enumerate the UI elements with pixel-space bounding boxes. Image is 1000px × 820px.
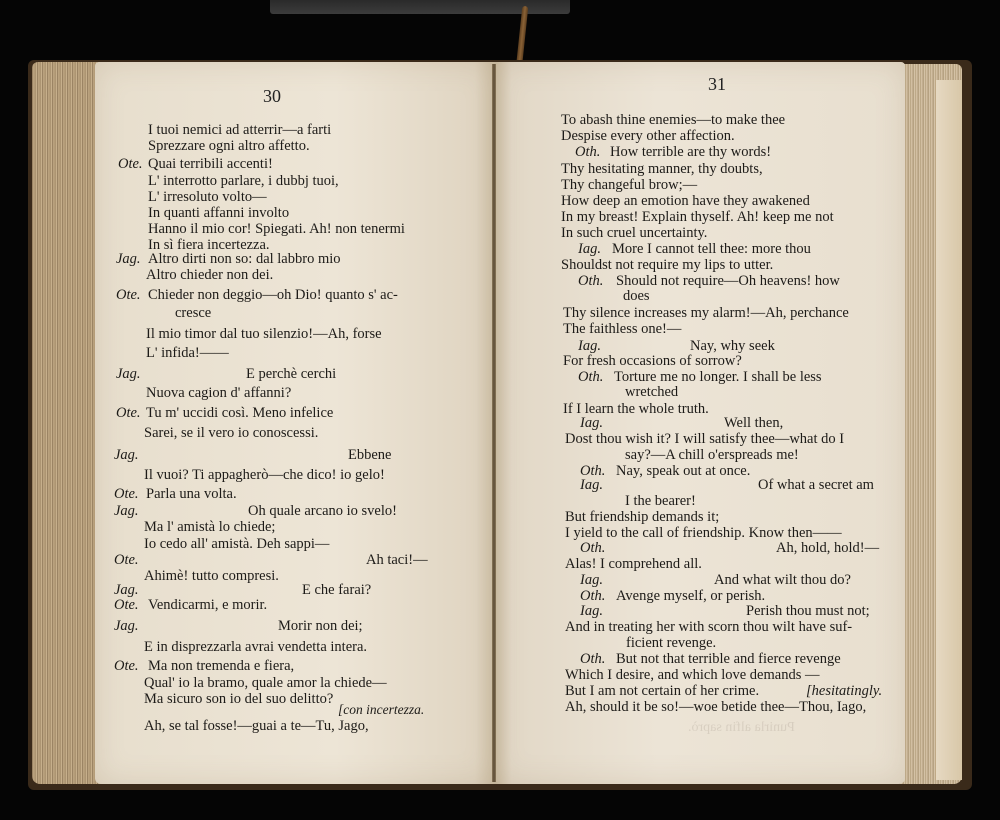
text-line: Jag.Altro dirti non so: dal labbro mio xyxy=(116,252,341,267)
text-line: Oth.Should not require—Oh heavens! how xyxy=(578,274,840,289)
text-line: ficient revenge. xyxy=(626,636,716,651)
text-line: Ahimè! tutto compresi. xyxy=(144,569,279,584)
text-line: To abash thine enemies—to make thee xyxy=(561,113,785,128)
text-line: Dost thou wish it? I will satisfy thee—w… xyxy=(565,432,844,447)
text-line: Ote.Ah taci!— xyxy=(114,553,428,568)
speaker-label: Oth. xyxy=(578,274,616,289)
text-line: I yield to the call of friendship. Know … xyxy=(565,526,842,541)
text-line: Il vuoi? Ti appagherò—che dico! io gelo! xyxy=(144,468,385,483)
text-line: Altro chieder non dei. xyxy=(146,268,273,283)
speaker-label: Oth. xyxy=(575,145,610,160)
text-line: For fresh occasions of sorrow? xyxy=(563,354,742,369)
text-line: Sprezzare ogni altro affetto. xyxy=(148,139,310,154)
text-line: Iag.Of what a secret am xyxy=(580,478,874,493)
page-edges-left xyxy=(32,62,102,784)
text-line: Thy silence increases my alarm!—Ah, perc… xyxy=(563,306,849,321)
speaker-label: Iag. xyxy=(578,339,690,354)
text-line: Io cedo all' amistà. Deh sappi— xyxy=(144,537,329,552)
speaker-label: Ote. xyxy=(114,598,148,613)
speaker-label: Iag. xyxy=(580,478,758,493)
text-line: Iag.Nay, why seek xyxy=(578,339,775,354)
text-line: Ote.Vendicarmi, e morir. xyxy=(114,598,267,613)
stage-direction: [hesitatingly. xyxy=(806,684,882,699)
text-line: say?—A chill o'erspreads me! xyxy=(625,448,799,463)
text-line: Iag.Perish thou must not; xyxy=(580,604,870,619)
speaker-label: Jag. xyxy=(114,583,302,598)
text-line: Alas! I comprehend all. xyxy=(565,557,702,572)
text-line: cresce xyxy=(175,306,211,321)
text-line: Ote.Tu m' uccidi così. Meno infelice xyxy=(116,406,333,421)
text-line: L' irresoluto volto— xyxy=(148,190,267,205)
stage-direction: [con incertezza. xyxy=(338,703,424,717)
speaker-label: Oth. xyxy=(580,541,776,556)
text-line: Oth.Nay, speak out at once. xyxy=(580,464,750,479)
text-line: The faithless one!— xyxy=(563,322,681,337)
speaker-label: Jag. xyxy=(116,252,148,267)
text-line: In quanti affanni involto xyxy=(148,206,289,221)
speaker-label: Iag. xyxy=(580,604,746,619)
text-line: Jag.E perchè cerchi xyxy=(116,367,336,382)
book-gutter xyxy=(492,64,496,782)
text-line: Jag.Ebbene xyxy=(114,448,391,463)
text-line: Sarei, se il vero io conoscessi. xyxy=(144,426,318,441)
text-line: Oth.How terrible are thy words! xyxy=(575,145,771,160)
text-line: L' infida!—— xyxy=(146,346,229,361)
text-line: Which I desire, and which love demands — xyxy=(565,668,819,683)
text-line: Iag.More I cannot tell thee: more thou xyxy=(578,242,811,257)
speaker-label: Ote. xyxy=(118,157,148,172)
text-line: Ah, should it be so!—woe betide thee—Tho… xyxy=(565,700,866,715)
text-line: E in disprezzarla avrai vendetta intera. xyxy=(144,640,367,655)
text-line: How deep an emotion have they awakened xyxy=(561,194,810,209)
speaker-label: Iag. xyxy=(578,242,612,257)
text-line: Nuova cagion d' affanni? xyxy=(146,386,291,401)
text-line: Jag.Oh quale arcano io svelo! xyxy=(114,504,397,519)
speaker-label: Iag. xyxy=(580,416,724,431)
text-line: But friendship demands it; xyxy=(565,510,719,525)
text-line: Thy changeful brow;— xyxy=(561,178,697,193)
text-line: Ote.Chieder non deggio—oh Dio! quanto s'… xyxy=(116,288,398,303)
text-line: Ah, se tal fosse!—guai a te—Tu, Jago, xyxy=(144,719,369,734)
text-line: And in treating her with scorn thou wilt… xyxy=(565,620,852,635)
speaker-label: Jag. xyxy=(114,448,348,463)
text-line: In my breast! Explain thyself. Ah! keep … xyxy=(561,210,834,225)
text-line: L' interrotto parlare, i dubbj tuoi, xyxy=(148,174,339,189)
text-line: does xyxy=(623,289,650,304)
text-line: Iag.Well then, xyxy=(580,416,783,431)
text-line: I tuoi nemici ad atterrir—a farti xyxy=(148,123,331,138)
text-line: wretched xyxy=(625,385,678,400)
text-line: Shouldst not require my lips to utter. xyxy=(561,258,773,273)
text-line: Ote.Quai terribili accenti! xyxy=(118,157,273,172)
speaker-label: Ote. xyxy=(114,553,366,568)
speaker-label: Jag. xyxy=(114,619,278,634)
text-line: Jag.Morir non dei; xyxy=(114,619,363,634)
speaker-label: Oth. xyxy=(578,370,614,385)
speaker-label: Ote. xyxy=(114,487,146,502)
speaker-label: Oth. xyxy=(580,589,616,604)
speaker-label: Iag. xyxy=(580,573,714,588)
speaker-label: Ote. xyxy=(114,659,148,674)
text-line: Ma sicuro son io del suo delitto? xyxy=(144,692,333,707)
text-line: Oth.But not that terrible and fierce rev… xyxy=(580,652,841,667)
text-line: In such cruel uncertainty. xyxy=(561,226,707,241)
text-line: Hanno il mio cor! Spiegati. Ah! non tene… xyxy=(148,222,405,237)
text-line: But I am not certain of her crime. xyxy=(565,684,759,699)
text-line: Il mio timor dal tuo silenzio!—Ah, forse xyxy=(146,327,382,342)
bleed-through-text: Punirla alfin saprò. xyxy=(688,720,795,736)
page-number-left: 30 xyxy=(263,86,281,107)
speaker-label: Jag. xyxy=(116,367,246,382)
text-line: Oth.Torture me no longer. I shall be les… xyxy=(578,370,822,385)
text-line: Ote.Ma non tremenda e fiera, xyxy=(114,659,294,674)
text-line: Thy hesitating manner, thy doubts, xyxy=(561,162,763,177)
speaker-label: Jag. xyxy=(114,504,248,519)
text-line: Iag.And what wilt thou do? xyxy=(580,573,851,588)
text-line: I the bearer! xyxy=(625,494,696,509)
speaker-label: Ote. xyxy=(116,406,146,421)
text-line: Despise every other affection. xyxy=(561,129,735,144)
text-line: Qual' io la bramo, quale amor la chiede— xyxy=(144,676,387,691)
speaker-label: Oth. xyxy=(580,652,616,667)
speaker-label: Ote. xyxy=(116,288,148,303)
page-edges-right-inner xyxy=(935,80,962,780)
text-line: Jag.E che farai? xyxy=(114,583,371,598)
text-line: Oth.Avenge myself, or perish. xyxy=(580,589,765,604)
page-number-right: 31 xyxy=(708,74,726,95)
text-line: Ma l' amistà lo chiede; xyxy=(144,520,275,535)
text-line: Oth.Ah, hold, hold!— xyxy=(580,541,879,556)
text-line: Ote.Parla una volta. xyxy=(114,487,237,502)
